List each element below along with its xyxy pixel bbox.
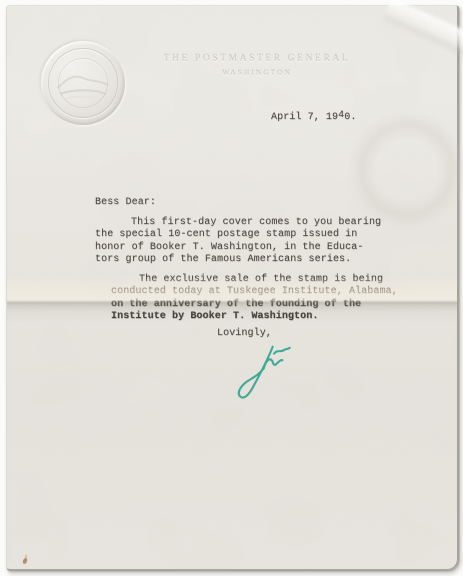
signature-ink-strokes [231, 340, 304, 404]
paragraph-2: The exclusive sale of the stamp is being… [111, 274, 398, 324]
signature-text: Jim [231, 344, 232, 345]
paper-stain [22, 558, 27, 565]
letter-line: conducted today at Tuskegee Institute, A… [111, 286, 398, 298]
corner-crease [381, 0, 463, 66]
date-prefix: April 7, 19 [271, 112, 338, 123]
letter-line: on the anniversary of the founding of th… [111, 299, 398, 311]
date-suffix: 0. [344, 112, 356, 123]
closing: Lovingly, [217, 328, 272, 339]
paragraph-1: This first-day cover comes to you bearin… [95, 217, 381, 267]
letter-paper: THE POSTMASTER GENERAL WASHINGTON April … [6, 5, 459, 571]
letter-line: honor of Booker T. Washington, in the Ed… [95, 242, 381, 254]
seal-showthrough [349, 112, 463, 228]
letter-line: This first-day cover comes to you bearin… [131, 217, 381, 229]
letter-line: The exclusive sale of the stamp is being [139, 274, 398, 286]
letter-line: the special 10-cent postage stamp issued… [95, 229, 381, 241]
letterhead-line1: THE POSTMASTER GENERAL [127, 54, 387, 64]
greeting: Bess Dear: [95, 197, 156, 208]
letterhead-line2: WASHINGTON [127, 68, 387, 77]
letterhead: THE POSTMASTER GENERAL WASHINGTON [127, 54, 387, 77]
embossed-seal-icon [41, 41, 125, 125]
letter-line: tors group of the Famous Americans serie… [95, 254, 381, 266]
scanned-letter-page: THE POSTMASTER GENERAL WASHINGTON April … [0, 0, 463, 576]
date-line: April 7, 1940. [271, 112, 356, 123]
signature-handwriting: Jim [231, 340, 304, 404]
date-raised-digit: 4 [338, 110, 344, 121]
letter-line: Institute by Booker T. Washington. [111, 311, 398, 323]
